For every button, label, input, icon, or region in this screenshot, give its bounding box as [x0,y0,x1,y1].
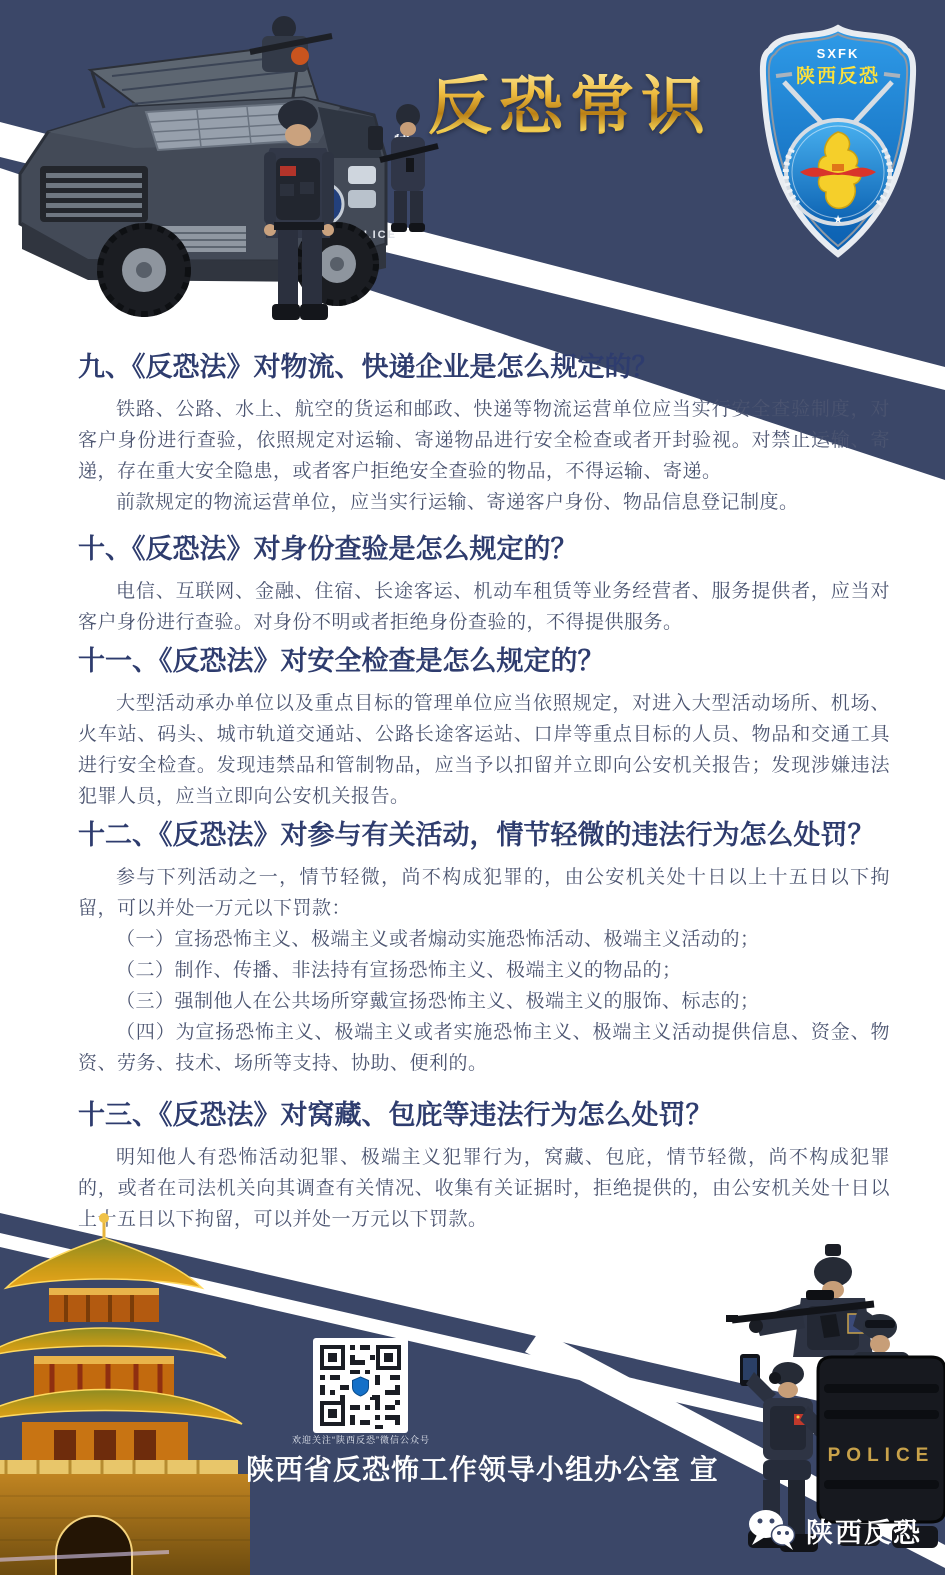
qr-center-badge-icon [353,1377,369,1396]
armored-vehicle-illustration: 特警 POLICE [0,6,444,338]
poster-title: 反恐常识 [428,74,748,138]
bell-tower-illustration [0,1208,346,1575]
badge-abbr: SXFK [817,46,860,61]
aiming-officer-illustration [726,1244,885,1357]
wechat-icon [748,1508,796,1552]
qr-caption: 欢迎关注“陕西反恐”微信公众号 [263,1433,459,1446]
turret-officer-illustration [250,16,332,72]
ballistic-shield [818,1357,945,1522]
section-list-item: （二）制作、传播、非法持有宣扬恐怖主义、极端主义的物品的； [78,955,890,986]
wechat-account-name: 陕西反恐 [806,1511,922,1550]
section-title: 十二、《反恐法》对参与有关活动，情节轻微的违法行为怎么处罚？ [78,818,890,852]
section-title: 九、《反恐法》对物流、快递企业是怎么规定的？ [78,350,890,384]
section-paragraph: 参与下列活动之一，情节轻微，尚不构成犯罪的，由公安机关处十日以上十五日以下拘留，… [78,862,890,924]
badge-name: 陕西反恐 [796,64,880,87]
anti-terrorism-poster: 特警 POLICE [0,0,945,1575]
section-list-item: （三）强制他人在公共场所穿戴宣扬恐怖主义、极端主义的服饰、标志的； [78,986,890,1017]
section-title: 十一、《反恐法》对安全检查是怎么规定的？ [78,644,890,678]
badge-star-icon: ★ [833,214,843,226]
section-title: 十、《反恐法》对身份查验是怎么规定的？ [78,532,890,566]
section-title: 十三、《反恐法》对窝藏、包庇等违法行为怎么处罚？ [78,1098,890,1132]
publisher-line: 陕西省反恐怖工作领导小组办公室 宣 [246,1448,719,1488]
section-paragraph: 铁路、公路、水上、航空的货运和邮政、快递等物流运营单位应当实行安全查验制度，对客… [78,394,890,487]
law-section-11: 十一、《反恐法》对安全检查是怎么规定的？ 大型活动承办单位以及重点目标的管理单位… [78,644,890,812]
police-shield-label: POLICE [828,1445,935,1466]
section-paragraph: 电信、互联网、金融、住宿、长途客运、机动车租赁等业务经营者、服务提供者，应当对客… [78,576,890,638]
section-list-item: （四）为宣扬恐怖主义、极端主义或者实施恐怖主义、极端主义活动提供信息、资金、物资… [78,1017,890,1079]
section-list-item: （一）宣扬恐怖主义、极端主义或者煽动实施恐怖活动、极端主义活动的； [78,924,890,955]
section-paragraph: 大型活动承办单位以及重点目标的管理单位应当依照规定，对进入大型活动场所、机场、火… [78,688,890,812]
law-section-9: 九、《反恐法》对物流、快递企业是怎么规定的？ 铁路、公路、水上、航空的货运和邮政… [78,350,890,518]
badge-shield-icon: SXFK 陕西反恐 ★ [742,20,934,265]
section-paragraph: 前款规定的物流运营单位，应当实行运输、寄递客户身份、物品信息登记制度。 [78,487,890,518]
law-section-12: 十二、《反恐法》对参与有关活动，情节轻微的违法行为怎么处罚？ 参与下列活动之一，… [78,818,890,1079]
wechat-account-row: 陕西反恐 [748,1508,922,1552]
law-section-10: 十、《反恐法》对身份查验是怎么规定的？ 电信、互联网、金融、住宿、长途客运、机动… [78,532,890,638]
qr-code [313,1338,408,1433]
